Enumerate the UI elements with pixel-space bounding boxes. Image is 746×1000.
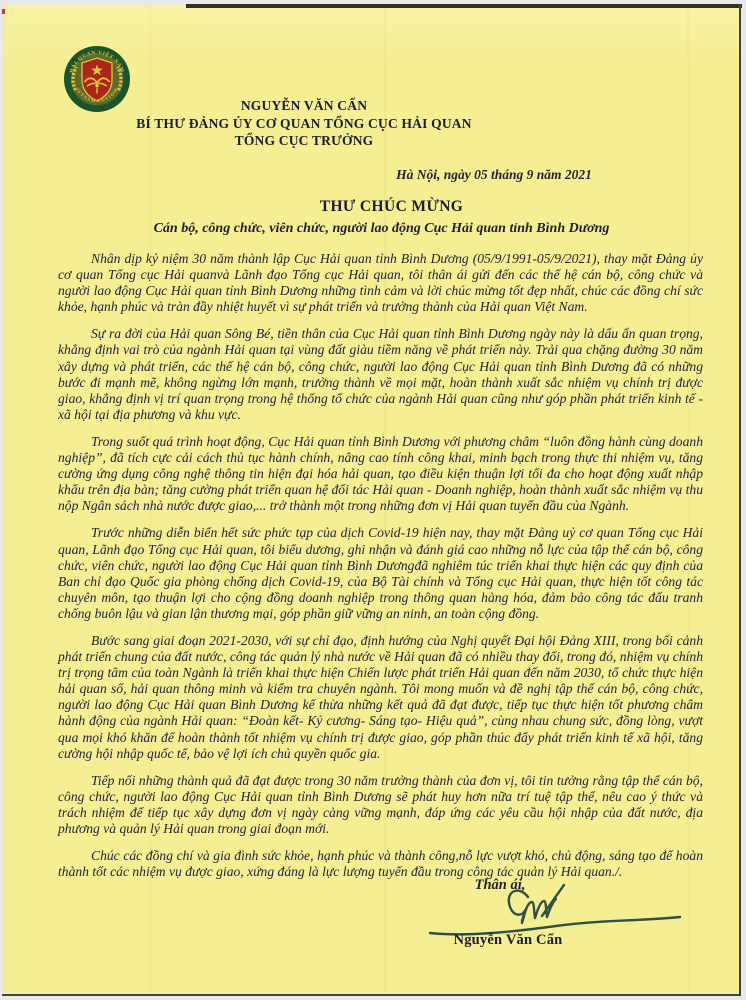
letter-body: Nhân dịp kỷ niệm 30 năm thành lập Cục Hả… [58,251,703,891]
sender-role-title: TỔNG CỤC TRƯỞNG [34,132,574,150]
paragraph-3: Trong suốt quá trình hoạt động, Cục Hải … [58,434,703,514]
paragraph-5: Bước sang giai đoạn 2021-2030, với sự ch… [58,633,703,762]
sender-role-party: BÍ THƯ ĐẢNG ỦY CƠ QUAN TỔNG CỤC HẢI QUAN [34,115,574,133]
sender-header: NGUYỄN VĂN CẨN BÍ THƯ ĐẢNG ỦY CƠ QUAN TỔ… [34,97,574,150]
scan-edge-bottom [2,994,741,996]
handwritten-signature [424,881,686,939]
paragraph-2: Sự ra đời của Hải quan Sông Bé, tiền thâ… [58,326,703,423]
scanned-letter-page: HẢI QUAN VIỆT NAM VIETNAM CUSTOMS NGUYỄN… [0,0,746,1000]
paragraph-4: Trước những diễn biến hết sức phức tạp c… [58,525,703,622]
scan-edge-top [186,4,742,8]
paragraph-6: Tiếp nối những thành quả đã đạt được tro… [58,773,703,837]
signer-name: Nguyễn Văn Cẩn [383,932,633,949]
paragraph-1: Nhân dịp kỷ niệm 30 năm thành lập Cục Hả… [58,251,703,315]
scan-edge-right [739,4,741,995]
paragraph-7: Chúc các đồng chí và gia đình sức khỏe, … [58,848,703,880]
letter-paper: HẢI QUAN VIỆT NAM VIETNAM CUSTOMS NGUYỄN… [4,5,739,993]
sender-name: NGUYỄN VĂN CẨN [34,97,574,115]
dateline: Hà Nội, ngày 05 tháng 9 năm 2021 [294,167,694,183]
letter-title: THƯ CHÚC MỪNG [24,198,746,216]
letter-recipient: Cán bộ, công chức, viên chức, người lao … [14,221,746,237]
scan-speck [2,9,5,14]
